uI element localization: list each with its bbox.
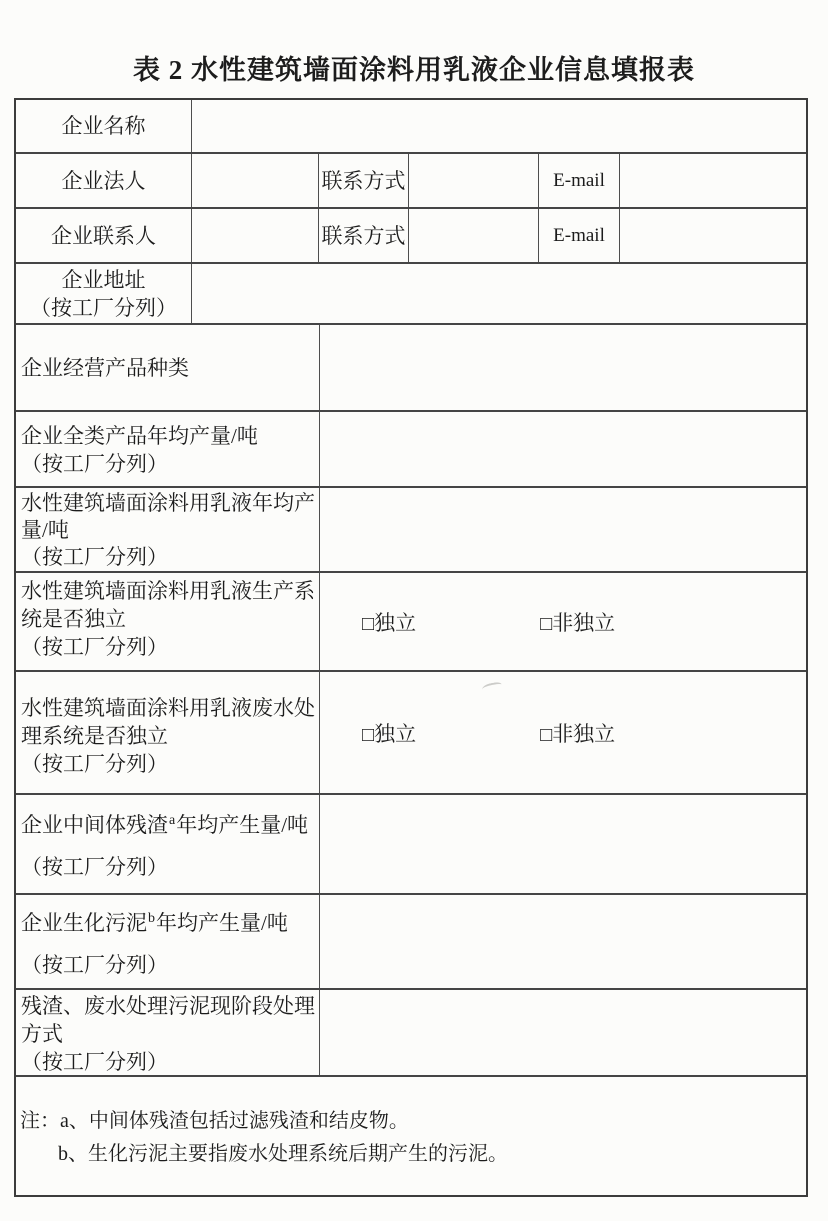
form-table: 企业名称 企业法人 联系方式 E-mail 企业联系人 联系方式 E-mail …	[14, 98, 808, 1197]
contact-person-email-value[interactable]	[620, 209, 806, 262]
address-value[interactable]	[192, 264, 806, 323]
checkbox-wastewater-not-independent[interactable]: □非独立	[540, 718, 615, 748]
row-total-annual-output: 企业全类产品年均产量/吨 （按工厂分列）	[16, 412, 806, 488]
intermediate-residue-value[interactable]	[320, 795, 806, 893]
checkbox-icon[interactable]: □	[540, 613, 552, 635]
treatment-method-label: 残渣、废水处理污泥现阶段处理 方式 （按工厂分列）	[16, 990, 320, 1075]
row-product-types: 企业经营产品种类	[16, 325, 806, 412]
contact-person-value[interactable]	[192, 209, 319, 262]
row-wastewater-system-independent: 水性建筑墙面涂料用乳液废水处 理系统是否独立 （按工厂分列） □独立 □非独立	[16, 672, 806, 795]
total-annual-output-label: 企业全类产品年均产量/吨 （按工厂分列）	[16, 412, 320, 486]
total-annual-output-value[interactable]	[320, 412, 806, 486]
wastewater-system-label: 水性建筑墙面涂料用乳液废水处 理系统是否独立 （按工厂分列）	[16, 672, 320, 793]
legal-person-label: 企业法人	[16, 154, 192, 207]
checkbox-production-independent[interactable]: □独立	[362, 607, 416, 637]
footnote-b-marker: b	[147, 911, 156, 926]
contact-person-label: 企业联系人	[16, 209, 192, 262]
row-company-name: 企业名称	[16, 100, 806, 154]
row-contact-person: 企业联系人 联系方式 E-mail	[16, 209, 806, 264]
company-name-value[interactable]	[192, 100, 806, 152]
production-system-options: □独立 □非独立	[320, 573, 806, 670]
checkbox-icon[interactable]: □	[540, 724, 552, 746]
scanned-form-page: 表 2 水性建筑墙面涂料用乳液企业信息填报表 企业名称 企业法人 联系方式 E-…	[0, 0, 828, 1221]
checkbox-icon[interactable]: □	[362, 724, 374, 746]
row-notes: 注：a、中间体残渣包括过滤残渣和结皮物。 b、生化污泥主要指废水处理系统后期产生…	[16, 1077, 806, 1195]
page-title: 表 2 水性建筑墙面涂料用乳液企业信息填报表	[0, 48, 828, 87]
production-system-label: 水性建筑墙面涂料用乳液生产系 统是否独立 （按工厂分列）	[16, 573, 320, 670]
company-name-label: 企业名称	[16, 100, 192, 152]
emulsion-annual-output-label: 水性建筑墙面涂料用乳液年均产 量/吨 （按工厂分列）	[16, 488, 320, 571]
note-b: b、生化污泥主要指废水处理系统后期产生的污泥。	[20, 1138, 800, 1171]
contact-person-contact-label: 联系方式	[319, 209, 409, 262]
product-types-value[interactable]	[320, 325, 806, 410]
table-notes: 注：a、中间体残渣包括过滤残渣和结皮物。 b、生化污泥主要指废水处理系统后期产生…	[16, 1077, 806, 1195]
biochemical-sludge-value[interactable]	[320, 895, 806, 988]
biochemical-sludge-label: 企业生化污泥b年均产生量/吨 （按工厂分列）	[16, 895, 320, 988]
contact-person-email-label: E-mail	[539, 209, 620, 262]
treatment-method-value[interactable]	[320, 990, 806, 1075]
row-address: 企业地址 （按工厂分列）	[16, 264, 806, 325]
footnote-a-marker: a	[168, 813, 176, 828]
legal-person-email-label: E-mail	[539, 154, 620, 207]
legal-person-value[interactable]	[192, 154, 319, 207]
product-types-label: 企业经营产品种类	[16, 325, 320, 410]
checkbox-production-not-independent[interactable]: □非独立	[540, 607, 615, 637]
checkbox-icon[interactable]: □	[362, 613, 374, 635]
legal-person-contact-value[interactable]	[409, 154, 539, 207]
wastewater-system-options: □独立 □非独立	[320, 672, 806, 793]
row-legal-person: 企业法人 联系方式 E-mail	[16, 154, 806, 209]
row-treatment-method: 残渣、废水处理污泥现阶段处理 方式 （按工厂分列）	[16, 990, 806, 1077]
emulsion-annual-output-value[interactable]	[320, 488, 806, 571]
row-intermediate-residue: 企业中间体残渣a年均产生量/吨 （按工厂分列）	[16, 795, 806, 895]
intermediate-residue-label: 企业中间体残渣a年均产生量/吨 （按工厂分列）	[16, 795, 320, 893]
contact-person-contact-value[interactable]	[409, 209, 539, 262]
checkbox-wastewater-independent[interactable]: □独立	[362, 718, 416, 748]
legal-person-email-value[interactable]	[620, 154, 806, 207]
row-emulsion-annual-output: 水性建筑墙面涂料用乳液年均产 量/吨 （按工厂分列）	[16, 488, 806, 573]
row-biochemical-sludge: 企业生化污泥b年均产生量/吨 （按工厂分列）	[16, 895, 806, 990]
row-production-system-independent: 水性建筑墙面涂料用乳液生产系 统是否独立 （按工厂分列） □独立 □非独立	[16, 573, 806, 672]
address-label: 企业地址 （按工厂分列）	[16, 264, 192, 323]
note-a: 注：a、中间体残渣包括过滤残渣和结皮物。	[20, 1105, 800, 1138]
legal-person-contact-label: 联系方式	[319, 154, 409, 207]
